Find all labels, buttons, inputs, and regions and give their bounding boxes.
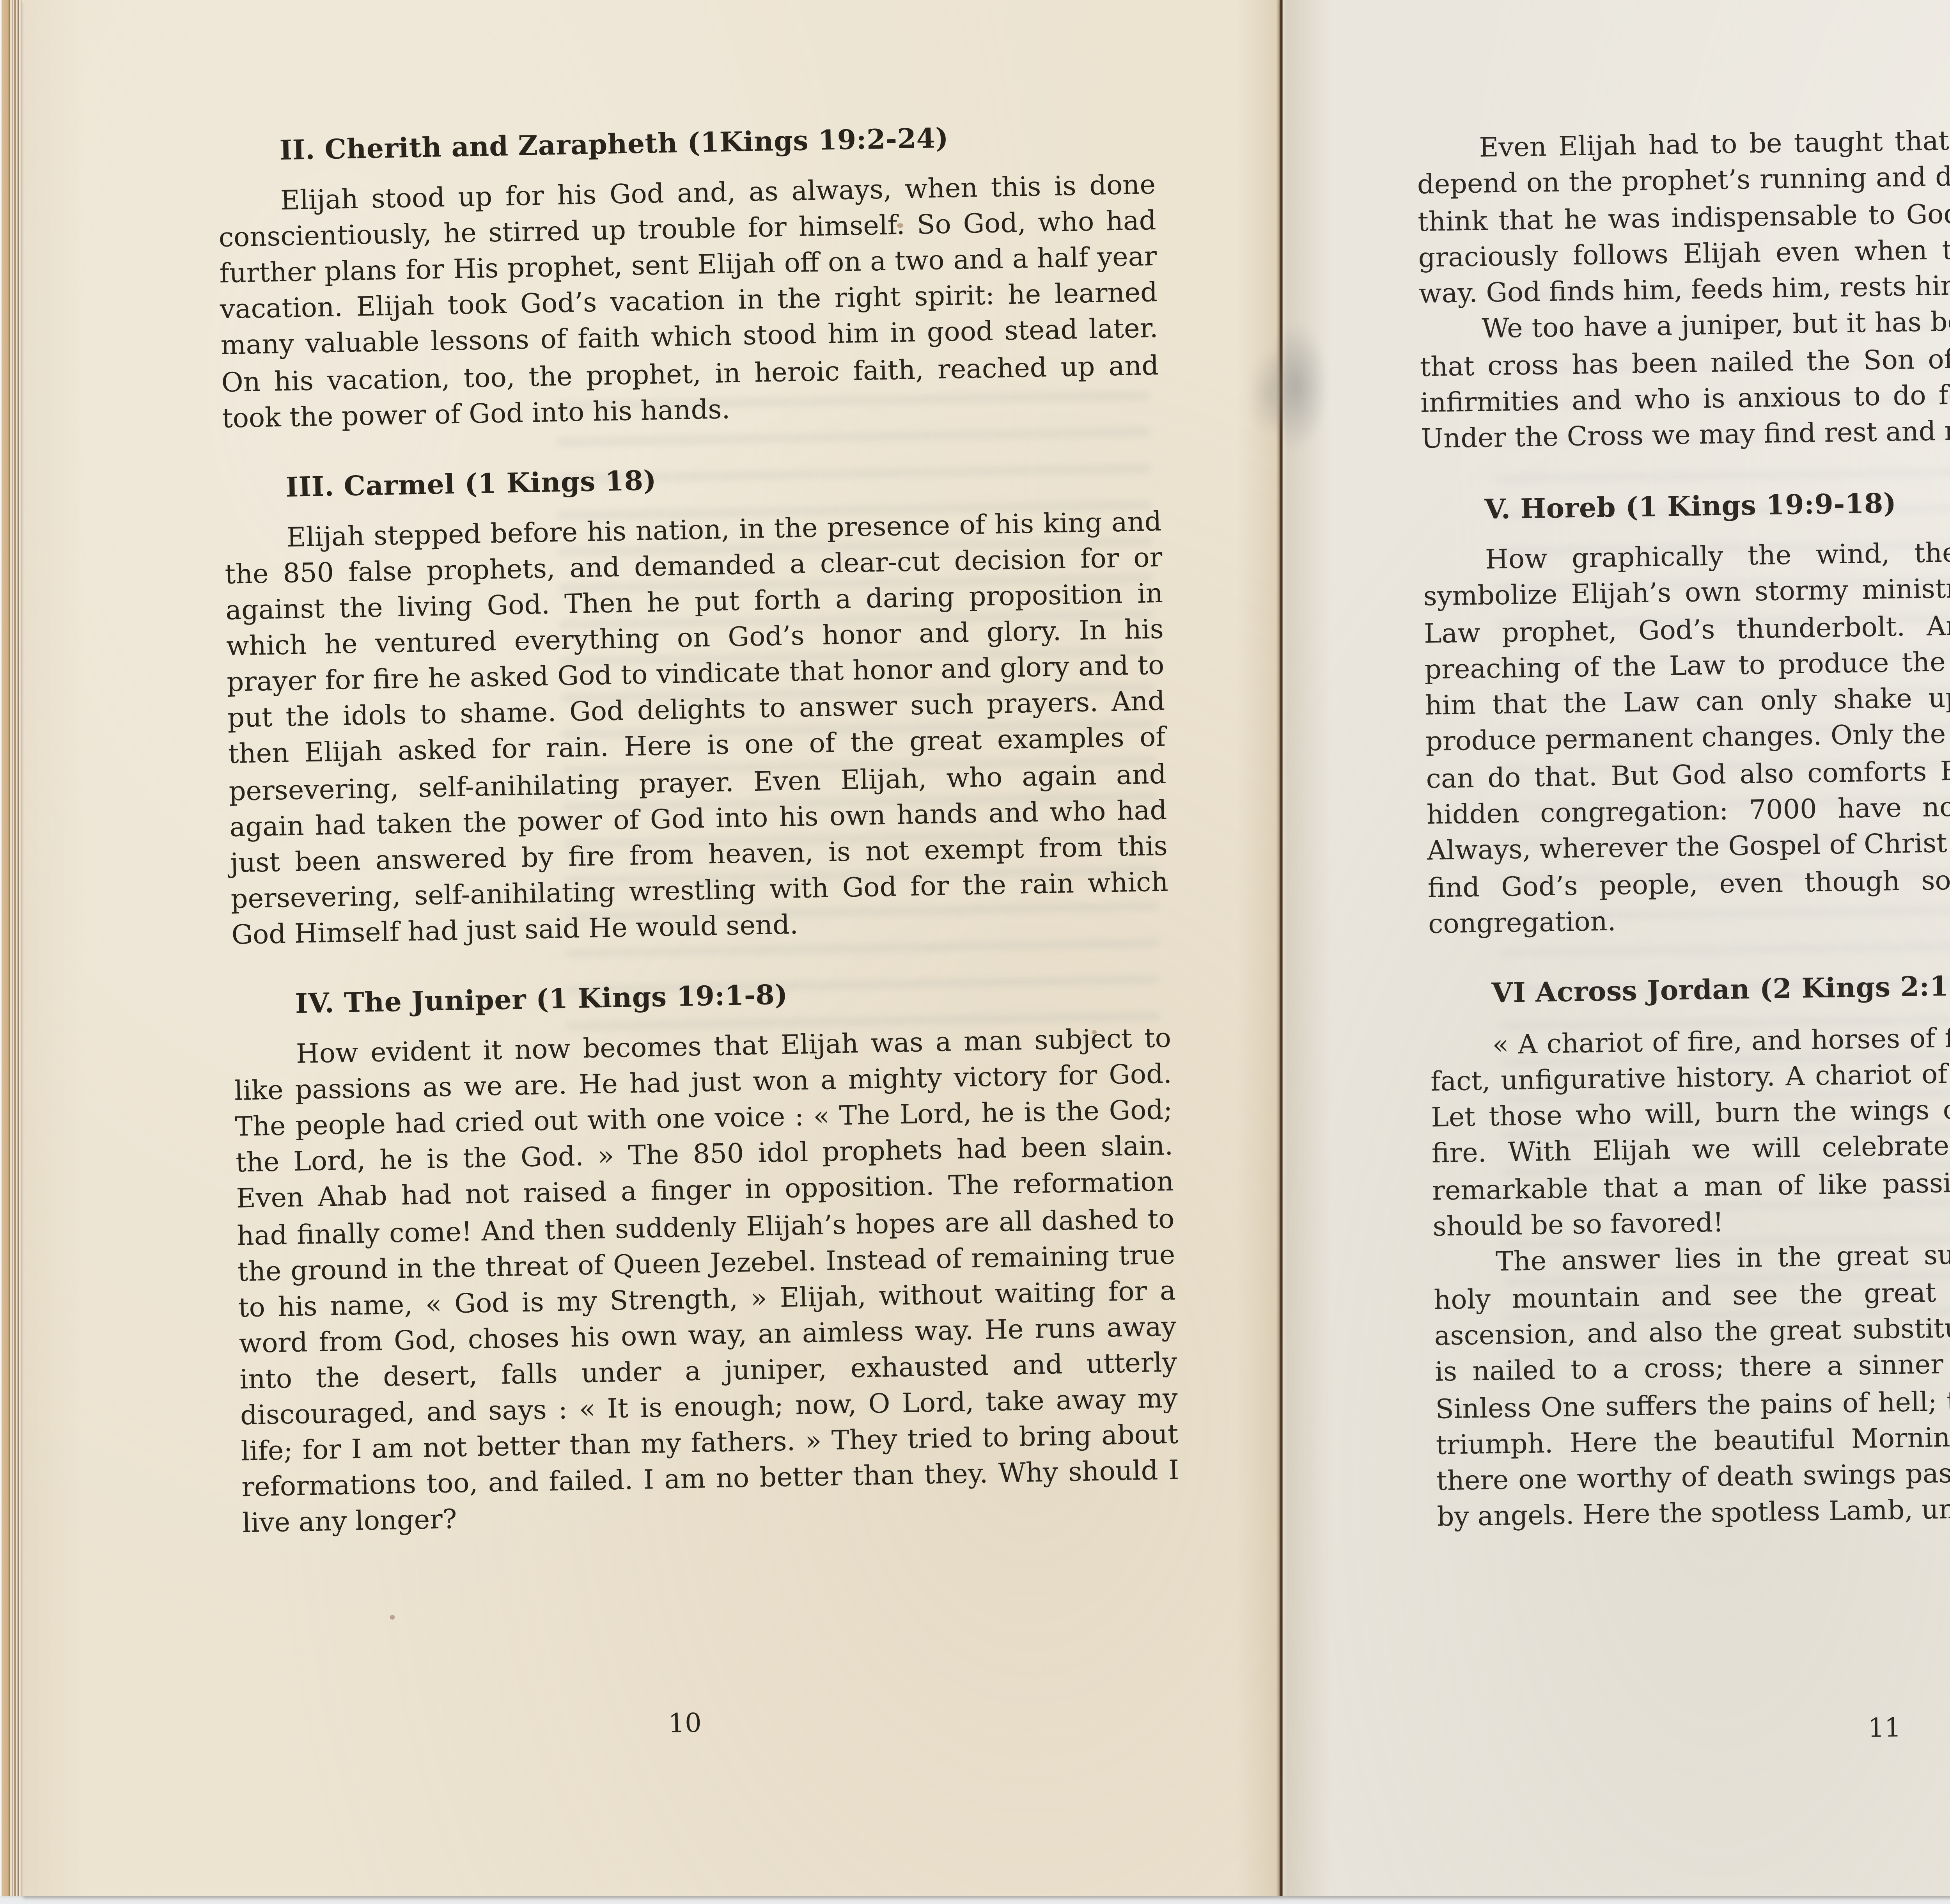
gutter-smudge (1248, 351, 1289, 437)
paragraph: « A chariot of fire, and horses of fire … (1430, 1015, 1950, 1247)
paragraph: Elijah stepped before his nation, in the… (224, 505, 1169, 955)
right-page-text-block: Even Elijah had to be taught that God’s … (1416, 119, 1950, 1538)
scanned-book-spread: II. Cherith and Zarapheth (1Kings 19:2-2… (0, 0, 1950, 1904)
paragraph: How graphically the wind, the earthquake… (1423, 531, 1950, 944)
paragraph: Even Elijah had to be taught that God’s … (1416, 119, 1950, 314)
section-heading-carmel: III. Carmel (1 Kings 18) (223, 455, 1161, 508)
paragraph: Elijah stood up for his God and, as alwa… (218, 169, 1159, 438)
paper-speck (390, 1615, 395, 1619)
scan-area: II. Cherith and Zarapheth (1Kings 19:2-2… (0, 0, 1950, 1904)
left-page-text-block: II. Cherith and Zarapheth (1Kings 19:2-2… (217, 119, 1180, 1544)
section-heading-across-jordan: VI Across Jordan (2 Kings 2:1-12) (1429, 965, 1950, 1015)
section-heading-horeb: V. Horeb (1 Kings 19:9-18) (1422, 480, 1950, 531)
paragraph: The answer lies in the great substitutio… (1433, 1233, 1950, 1538)
section-heading-juniper: IV. The Juniper (1 Kings 19:1-8) (232, 972, 1170, 1025)
book-gutter (1276, 0, 1287, 1896)
book-page-edges-left (0, 0, 23, 1896)
paragraph: How evident it now becomes that Elijah w… (233, 1022, 1180, 1544)
paragraph: We too have a juniper, but it has been m… (1419, 300, 1950, 460)
